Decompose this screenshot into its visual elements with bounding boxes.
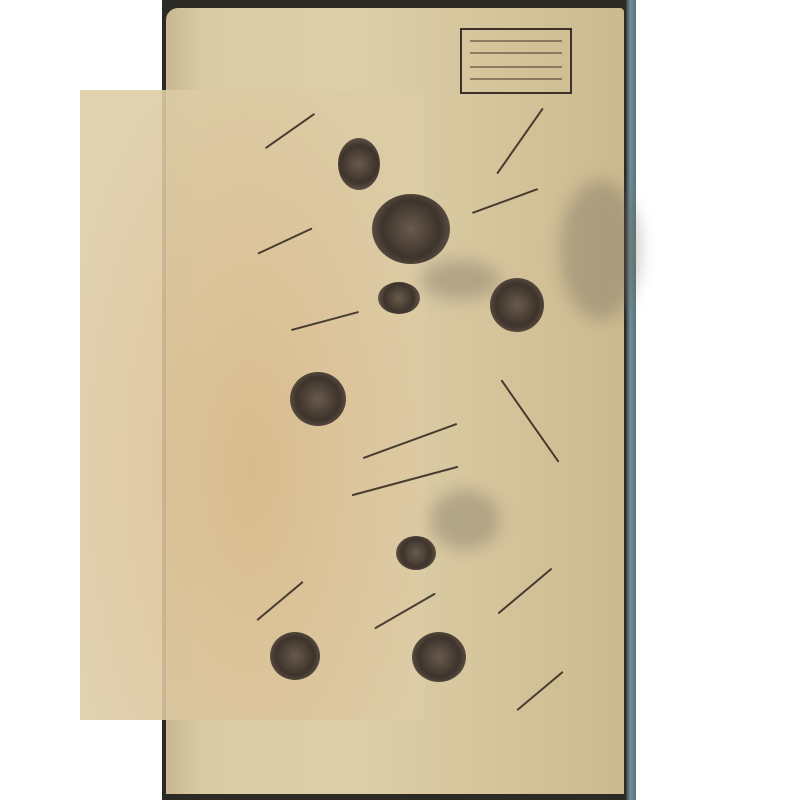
- stain: [560, 180, 640, 320]
- seal-impression: [372, 194, 450, 264]
- stain: [420, 260, 500, 300]
- library-label: [460, 28, 572, 94]
- seal-impression: [270, 632, 320, 680]
- seal-impression: [290, 372, 346, 426]
- seal-impression: [338, 138, 380, 190]
- seal-impression: [490, 278, 544, 332]
- cover-edge: [626, 0, 636, 800]
- seal-impression: [378, 282, 420, 314]
- seal-impression: [396, 536, 436, 570]
- seal-impression: [412, 632, 466, 682]
- inscription-area: [80, 90, 425, 720]
- stain: [430, 490, 500, 550]
